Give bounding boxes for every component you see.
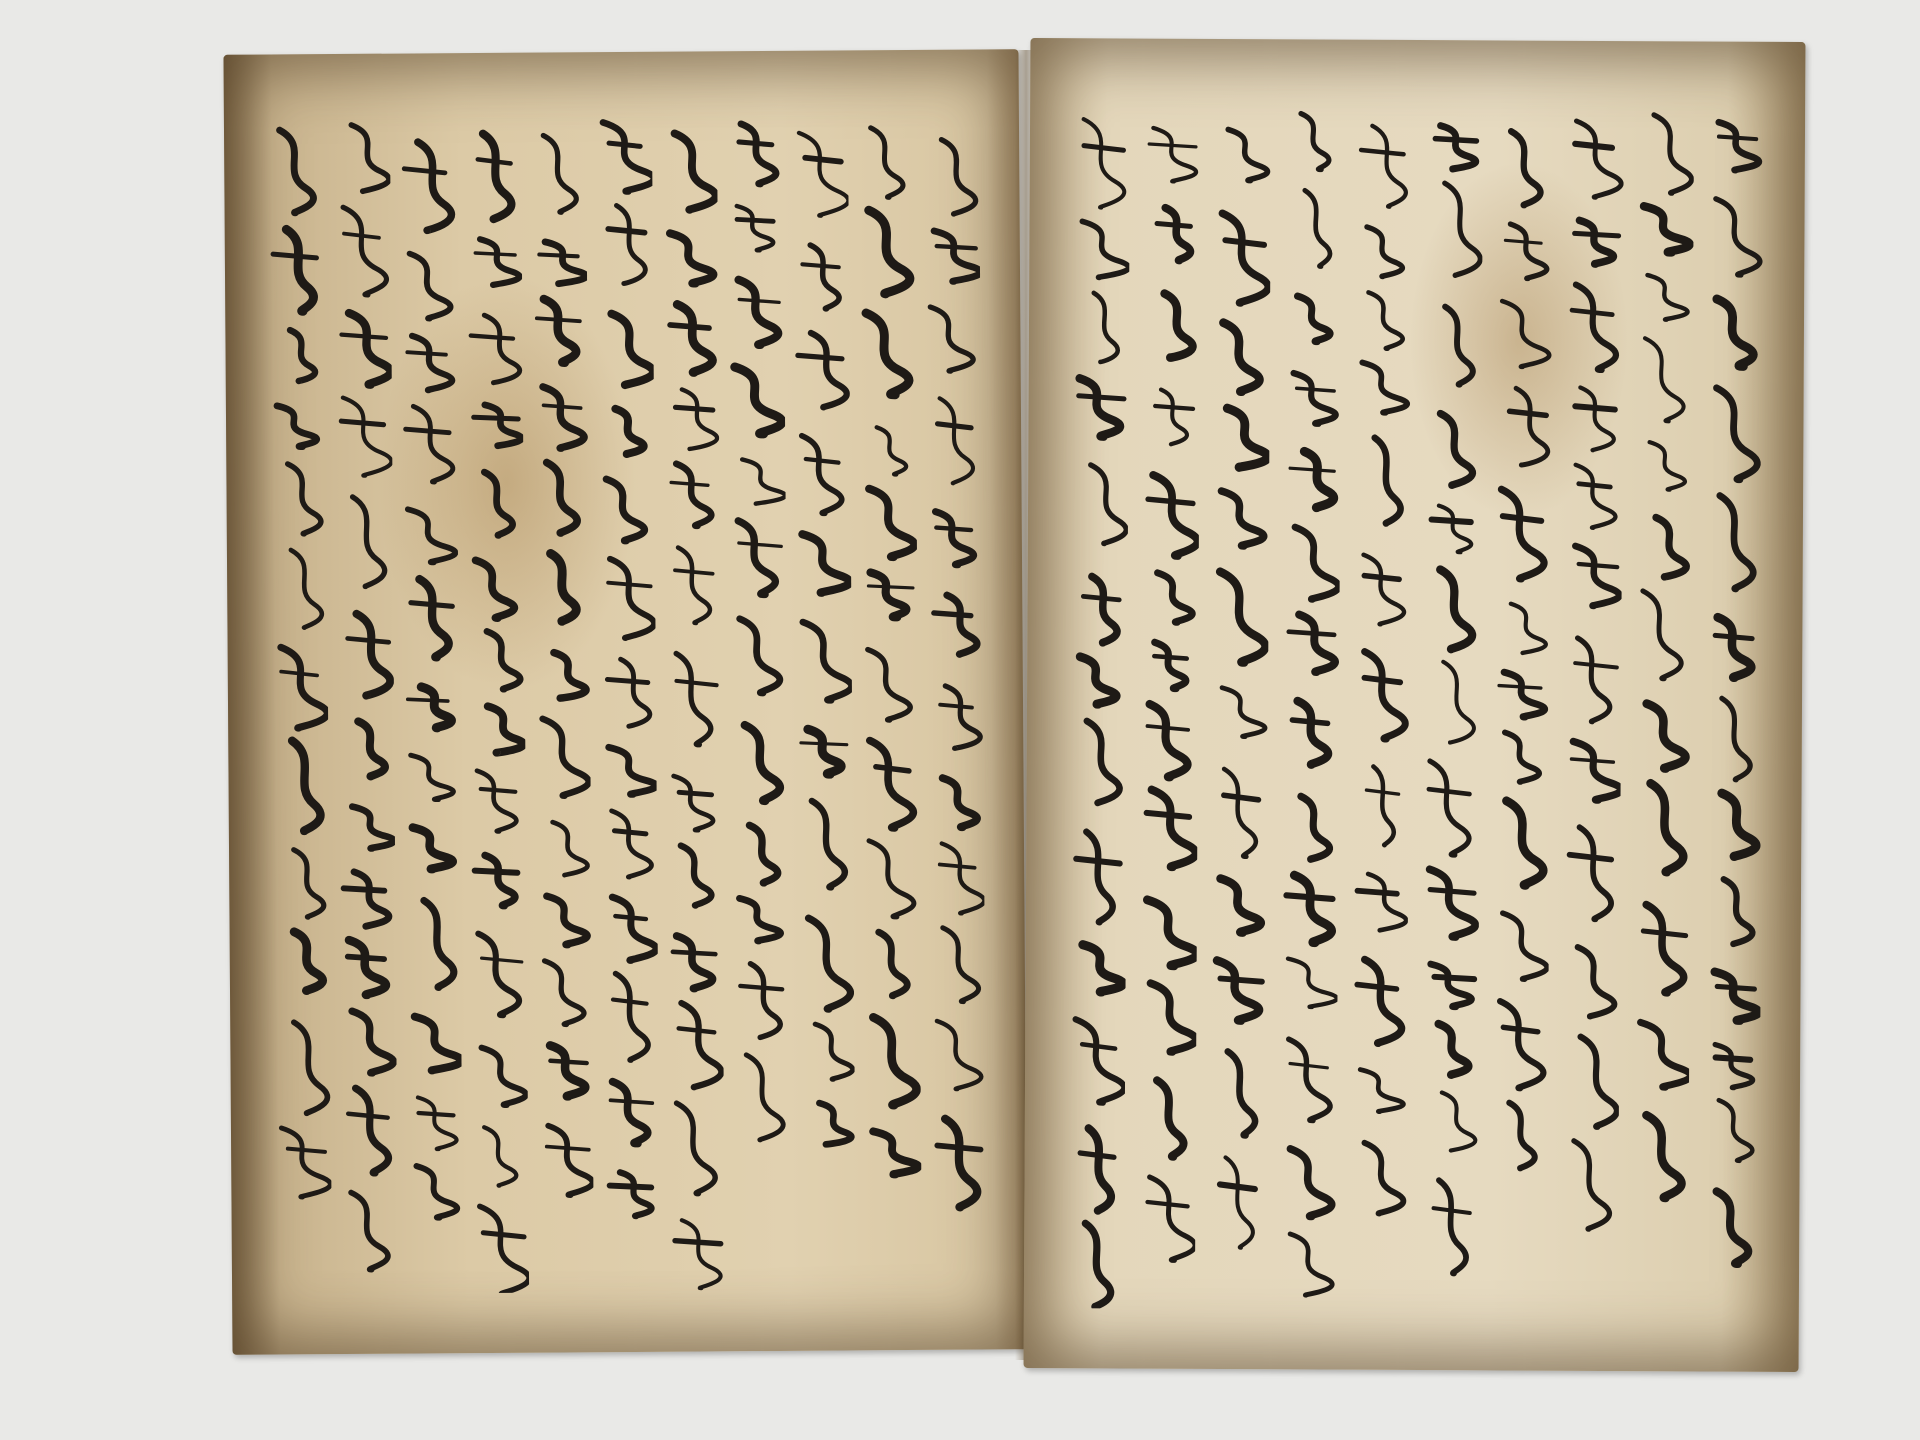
handwritten-column: [1064, 98, 1130, 1308]
handwritten-column: [1628, 101, 1694, 1311]
handwritten-column: [1558, 101, 1624, 1311]
handwritten-column: [919, 110, 987, 1290]
handwritten-column: [591, 112, 659, 1292]
left-page-columns: [264, 110, 987, 1295]
handwritten-column: [329, 114, 397, 1294]
handwritten-column: [1205, 99, 1271, 1309]
handwritten-column: [788, 110, 856, 1290]
handwritten-column: [460, 113, 528, 1293]
handwritten-column: [1417, 100, 1483, 1310]
right-page: [1024, 38, 1806, 1372]
handwritten-column: [1346, 100, 1412, 1310]
handwritten-column: [264, 114, 332, 1294]
handwritten-column: [722, 111, 790, 1291]
handwritten-column: [853, 110, 921, 1290]
handwritten-column: [526, 112, 594, 1292]
right-page-columns: [1064, 98, 1765, 1312]
handwritten-column: [657, 111, 725, 1291]
handwritten-column: [1134, 99, 1200, 1309]
handwritten-column: [1699, 102, 1765, 1312]
left-page: [223, 49, 1027, 1355]
handwritten-column: [1487, 100, 1553, 1310]
handwritten-column: [1275, 99, 1341, 1309]
manuscript-spread: [0, 0, 1920, 1440]
handwritten-column: [395, 113, 463, 1293]
